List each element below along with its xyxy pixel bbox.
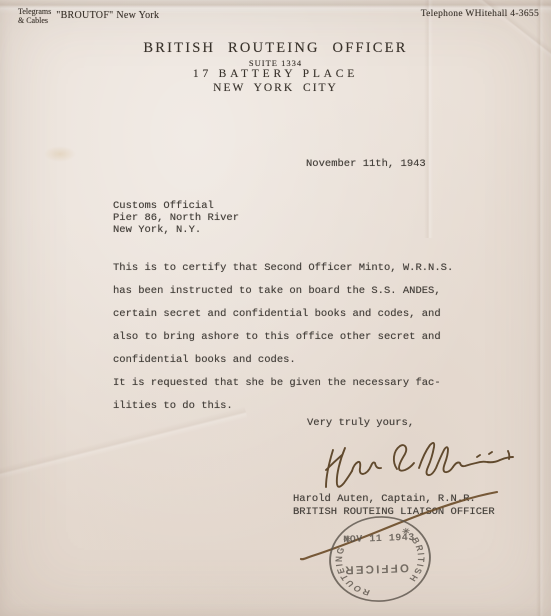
body-line: It is requested that she be given the ne… [113, 372, 453, 395]
body-line: certain secret and confidential books an… [113, 303, 453, 326]
routeing-officer-stamp: ✳ BRITISH ROUTEING ✳ NOV 11 1943 OFFICER [326, 512, 434, 606]
letterhead-street: 17 BATTERY PLACE [0, 68, 551, 80]
stamp-ring-text-right: ✳ BRITISH [399, 524, 430, 586]
recipient-line: Pier 86, North River [113, 212, 239, 224]
fold-crease-diagonal [0, 406, 247, 485]
recipient-line: New York, N.Y. [113, 224, 239, 236]
handwritten-signature [326, 443, 513, 487]
closing-salutation: Very truly yours, [307, 417, 414, 429]
letter-date: November 11th, 1943 [306, 158, 426, 170]
telephone-number: Telephone WHitehall 4-3655 [421, 9, 539, 19]
stamp-ring-text-left: ROUTEING ✳ [330, 530, 372, 600]
telegrams-name: "BROUTOF" New York [56, 7, 159, 21]
signed-name: Harold Auten, Captain, R.N.R. [293, 493, 495, 506]
signature-block: Harold Auten, Captain, R.N.R. BRITISH RO… [293, 493, 495, 519]
paper-stain [44, 146, 76, 162]
fold-crease-vertical [424, 0, 433, 238]
body-line: also to bring ashore to this office othe… [113, 326, 453, 349]
signed-title: BRITISH ROUTEING LIAISON OFFICER [293, 506, 495, 519]
body-line: This is to certify that Second Officer M… [113, 257, 453, 280]
recipient-line: Customs Official [113, 200, 239, 212]
stamp-date: NOV 11 1943 [343, 533, 415, 546]
letter-photo: Telegrams & Cables "BROUTOF" New York Te… [0, 0, 551, 616]
letterhead-suite: SUITE 1334 [0, 58, 551, 68]
letter-body: This is to certify that Second Officer M… [113, 257, 453, 418]
body-line: has been instructed to take on board the… [113, 280, 453, 303]
stamp-center-word: OFFICER [343, 561, 409, 575]
body-line: ilities to do this. [113, 395, 453, 418]
stamp-border [326, 512, 434, 606]
letterhead-city: NEW YORK CITY [0, 82, 551, 94]
letterhead-organization: BRITISH ROUTEING OFFICER [0, 40, 551, 57]
body-line: confidential books and codes. [113, 349, 453, 372]
telegrams-block: Telegrams & Cables "BROUTOF" New York [18, 7, 159, 25]
recipient-address: Customs Official Pier 86, North River Ne… [113, 200, 239, 237]
telegrams-label: Telegrams & Cables [18, 7, 51, 25]
